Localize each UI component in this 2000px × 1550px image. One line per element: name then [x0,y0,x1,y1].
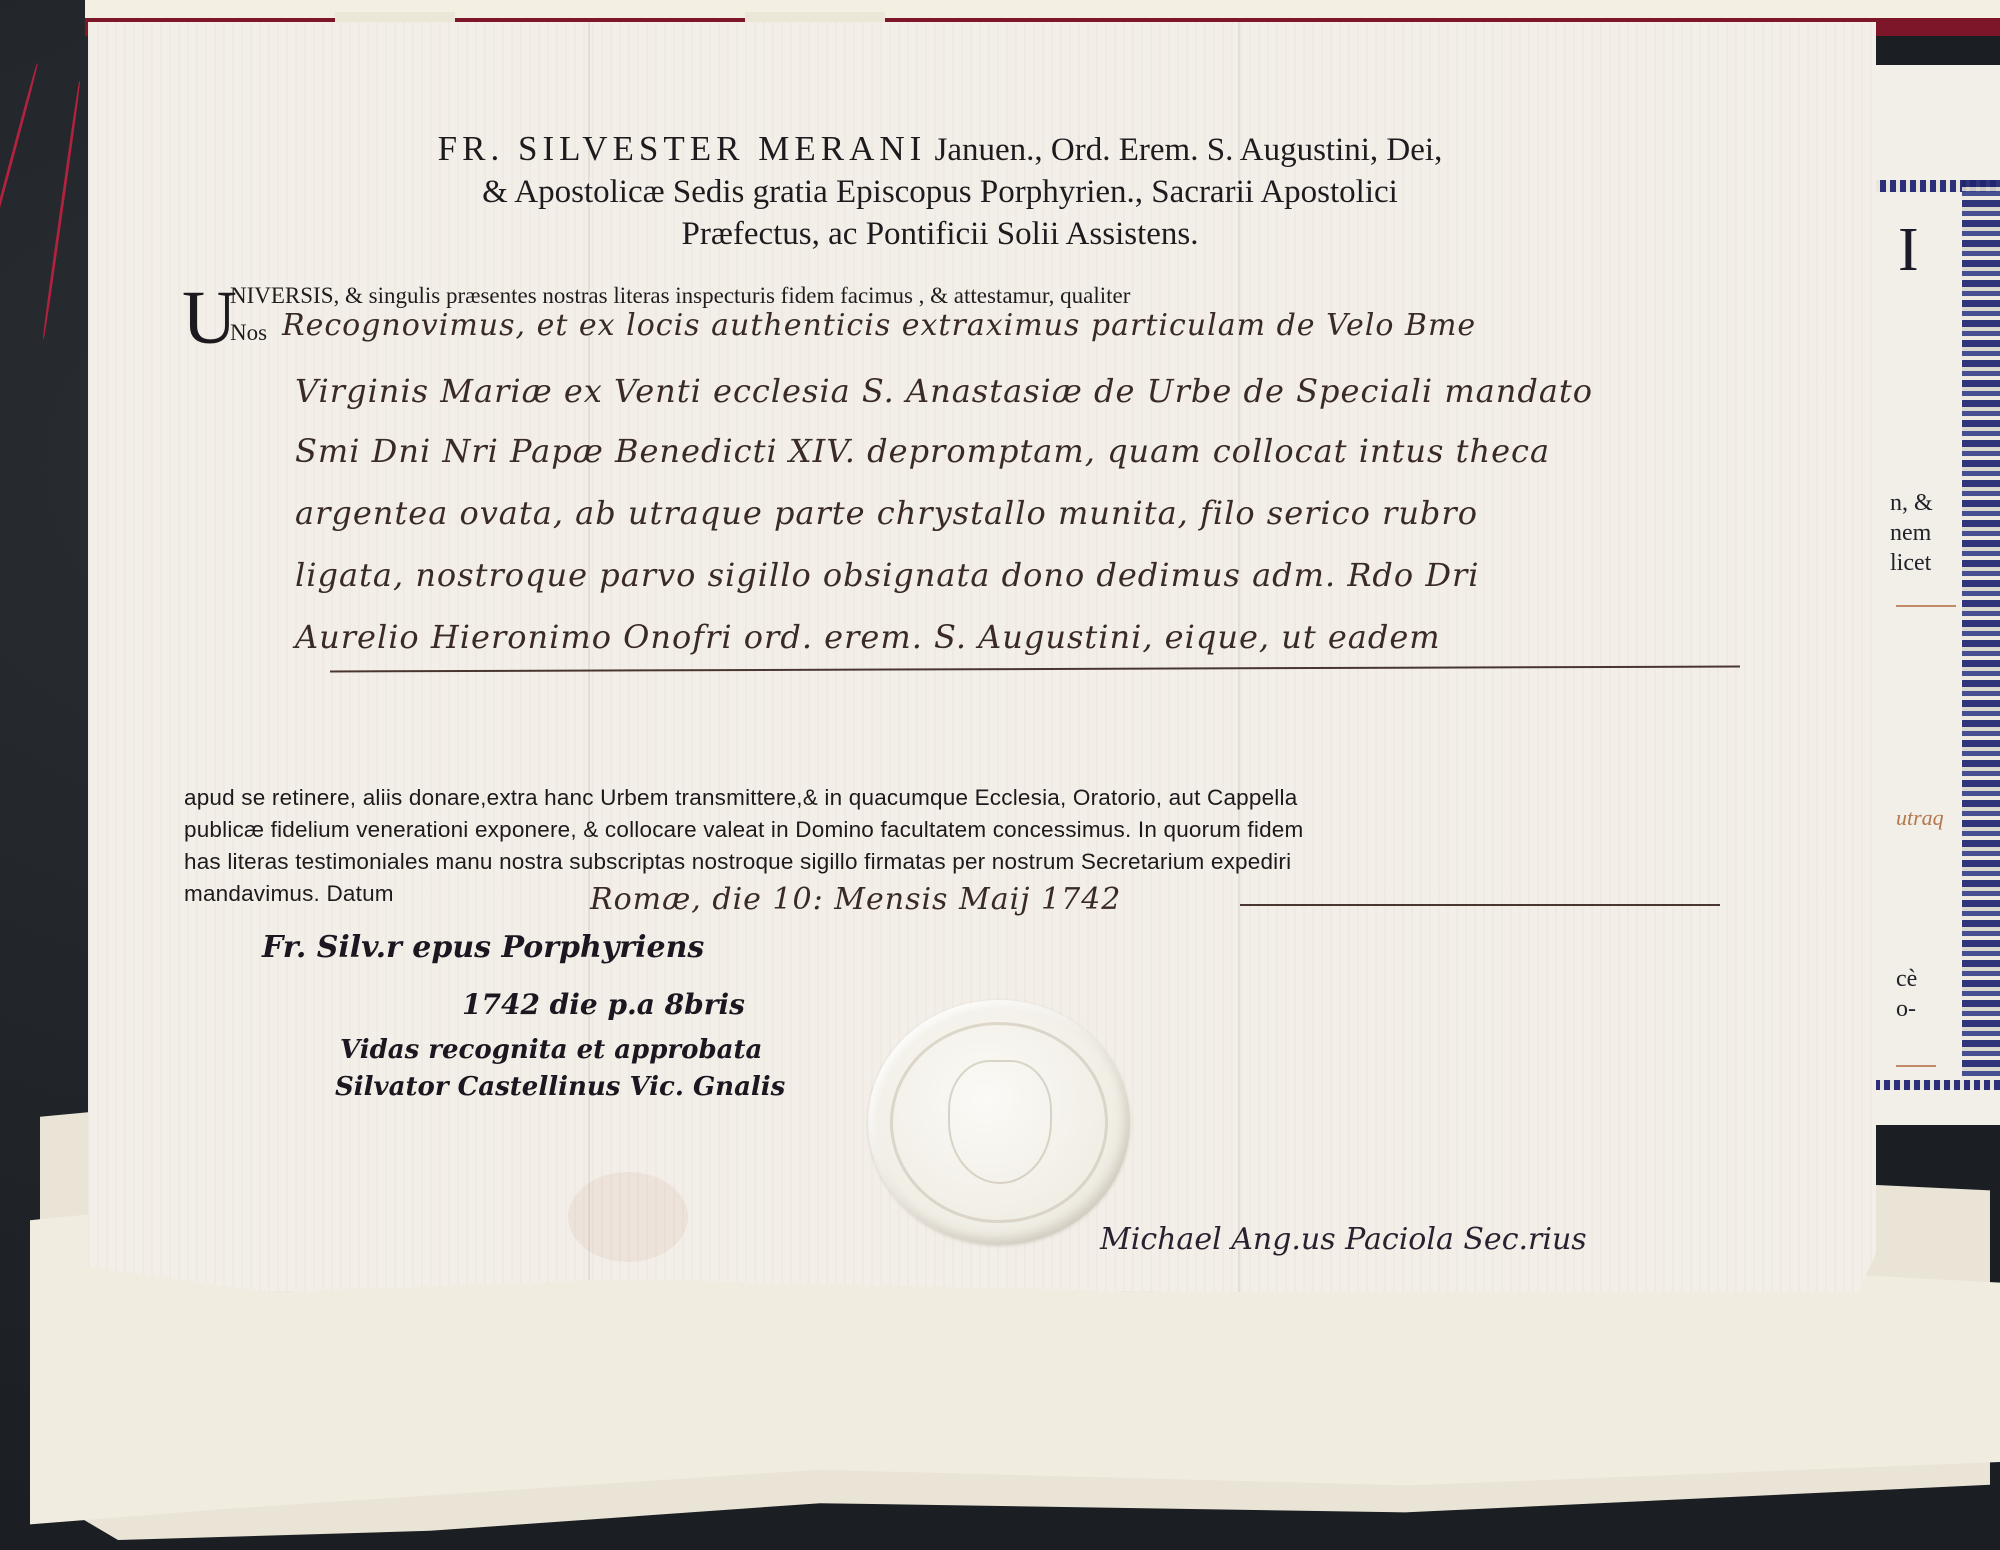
issuer-name: FR. SILVESTER MERANI [438,129,927,168]
registry-note-approval: Vidas recognita et approbata [340,1035,762,1065]
embossed-seal [868,1000,1130,1245]
handwritten-line: Virginis Mariæ ex Venti ecclesia S. Anas… [295,372,1593,410]
intro-printed-nos: Nos [230,320,267,346]
document-header: FR. SILVESTER MERANI Januen., Ord. Erem.… [170,128,1710,255]
handwritten-line: argentea ovata, ab utraque parte chrysta… [295,494,1478,532]
certificate-text-line: nem [1890,519,1931,547]
vicar-signature: Silvator Castellinus Vic. Gnalis [335,1072,785,1102]
handwritten-date: Romæ, die 10: Mensis Maij 1742 [590,882,1121,917]
bishop-signature: Fr. Silv.r epus Porphyriens [262,930,704,965]
date-fill-line [1240,904,1720,906]
handwritten-line: Smi Dni Nri Papæ Benedicti XIV. deprompt… [295,432,1550,470]
issuer-title: Januen., Ord. Erem. S. Augustini, Dei, [935,132,1443,168]
header-line-1: FR. SILVESTER MERANI Januen., Ord. Erem.… [170,128,1710,171]
header-line-3: Præfectus, ac Pontificii Solii Assistens… [170,213,1710,255]
handwritten-line: Aurelio Hieronimo Onofri ord. erem. S. A… [295,618,1441,656]
certificate-text-line: licet [1890,549,1931,577]
closing-line: apud se retinere, aliis donare,extra han… [184,782,1774,814]
certificate-text-line: n, & [1890,489,1933,517]
faded-handwriting: utraq [1896,805,1944,831]
adjacent-certificate: I n, & nem licet utraq cè o- [1860,65,2000,1125]
header-line-2: & Apostolicæ Sedis gratia Episcopus Porp… [170,171,1710,213]
intro-printed-line: NIVERSIS, & singulis præsentes nostras l… [230,283,1130,309]
seal-coat-of-arms-icon [948,1060,1052,1184]
ornamental-border-bottom [1864,1080,2000,1090]
certificate-initial: I [1898,215,1919,286]
ornamental-border-right [1962,180,2000,1085]
closing-line: has literas testimoniales manu nostra su… [184,846,1774,878]
faded-ink-line [1896,1065,1936,1067]
registry-note-date: 1742 die p.a 8bris [462,988,745,1021]
drop-cap-initial: U [182,280,237,356]
certificate-text-line: cè [1896,965,1917,993]
secretary-signature: Michael Ang.us Paciola Sec.rius [1100,1222,1587,1257]
faded-ink-line [1896,605,1956,607]
certificate-text-line: o- [1896,995,1916,1023]
handwritten-line: Recognovimus, et ex locis authenticis ex… [282,308,1476,343]
foxing-stain [568,1172,688,1262]
closing-line: publicæ fidelium venerationi exponere, &… [184,814,1774,846]
handwritten-line: ligata, nostroque parvo sigillo obsignat… [295,556,1480,594]
